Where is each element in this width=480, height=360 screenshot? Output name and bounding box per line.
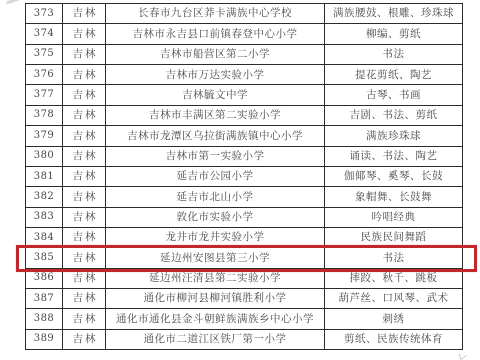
cell-no: 384 xyxy=(26,228,63,247)
cell-no: 378 xyxy=(26,106,63,125)
cell-province: 吉林 xyxy=(63,309,106,328)
cell-school: 吉林市永吉县口前镇春登中心小学 xyxy=(106,24,325,43)
cell-no: 374 xyxy=(26,24,63,43)
table-row: 384吉林龙井市龙井实验小学民族民间舞蹈 xyxy=(26,228,462,248)
cell-programs: 提花剪纸、陶艺 xyxy=(325,65,462,84)
cell-province: 吉林 xyxy=(63,24,106,43)
table-row: 381吉林延吉市公园小学伽倻琴、奚琴、长鼓 xyxy=(26,167,462,187)
cell-school: 吉林市丰满区第二实验小学 xyxy=(106,106,325,125)
cell-no: 386 xyxy=(26,269,63,288)
cell-province: 吉林 xyxy=(63,187,106,206)
cell-no: 389 xyxy=(26,330,63,349)
table-row: 388吉林通化市通化县金斗朝鲜族满族乡中心小学刺绣 xyxy=(26,309,462,329)
cell-no: 383 xyxy=(26,208,63,227)
cell-programs: 满族珍珠球 xyxy=(325,126,462,145)
cell-programs: 吟唱经典 xyxy=(325,208,462,227)
cell-school: 延边州安图县第三小学 xyxy=(106,248,325,267)
cell-no: 373 xyxy=(26,4,63,23)
cell-programs: 刺绣 xyxy=(325,309,462,328)
table-row: 375吉林吉林市船营区第二小学书法 xyxy=(26,45,462,65)
cell-no: 379 xyxy=(26,126,63,145)
cell-no: 385 xyxy=(26,248,63,267)
cell-programs: 柳编、剪纸 xyxy=(325,24,462,43)
cell-no: 388 xyxy=(26,309,63,328)
cell-programs: 摔跤、秋千、跳板 xyxy=(325,269,462,288)
school-program-table: 373吉林长春市九台区莽卡满族中心学校满族腰鼓、根雕、珍珠球374吉林吉林市永吉… xyxy=(25,3,463,350)
table-row: 379吉林吉林市龙潭区乌拉街满族镇中心小学满族珍珠球 xyxy=(26,126,462,146)
cell-school: 吉林毓文中学 xyxy=(106,85,325,104)
cell-province: 吉林 xyxy=(63,248,106,267)
cell-programs: 满族腰鼓、根雕、珍珠球 xyxy=(325,4,462,23)
cell-no: 377 xyxy=(26,85,63,104)
cell-school: 吉林市船营区第二小学 xyxy=(106,45,325,64)
cell-programs: 书法 xyxy=(325,248,462,267)
cell-province: 吉林 xyxy=(63,208,106,227)
table-row: 377吉林吉林毓文中学古琴、书画 xyxy=(26,85,462,105)
cell-programs: 伽倻琴、奚琴、长鼓 xyxy=(325,167,462,186)
cell-province: 吉林 xyxy=(63,228,106,247)
cell-province: 吉林 xyxy=(63,167,106,186)
document-page: 373吉林长春市九台区莽卡满族中心学校满族腰鼓、根雕、珍珠球374吉林吉林市永吉… xyxy=(0,0,480,360)
table-row: 387吉林通化市柳河县柳河镇胜利小学葫芦丝、口风琴、武术 xyxy=(26,289,462,309)
cell-no: 375 xyxy=(26,45,63,64)
cell-programs: 剪纸、民族传统体育 xyxy=(325,330,462,349)
table-row: 386吉林延边州汪清县第二实验小学摔跤、秋千、跳板 xyxy=(26,269,462,289)
cell-school: 吉林市龙潭区乌拉街满族镇中心小学 xyxy=(106,126,325,145)
cell-school: 延吉市公园小学 xyxy=(106,167,325,186)
table-row: 378吉林吉林市丰满区第二实验小学吉剧、书法、剪纸 xyxy=(26,106,462,126)
cell-school: 通化市通化县金斗朝鲜族满族乡中心小学 xyxy=(106,309,325,328)
cell-school: 通化市柳河县柳河镇胜利小学 xyxy=(106,289,325,308)
cell-programs: 书法 xyxy=(325,45,462,64)
cell-programs: 诵读、书法、陶艺 xyxy=(325,147,462,166)
cell-school: 龙井市龙井实验小学 xyxy=(106,228,325,247)
cell-province: 吉林 xyxy=(63,4,106,23)
table-row: 389吉林通化市二道江区铁厂第一小学剪纸、民族传统体育 xyxy=(26,330,462,349)
cell-programs: 象帽舞、长鼓舞 xyxy=(325,187,462,206)
cell-no: 380 xyxy=(26,147,63,166)
table-row: 385吉林延边州安图县第三小学书法 xyxy=(26,248,462,268)
cell-province: 吉林 xyxy=(63,85,106,104)
table-row: 376吉林吉林市万达实验小学提花剪纸、陶艺 xyxy=(26,65,462,85)
cell-no: 382 xyxy=(26,187,63,206)
cell-province: 吉林 xyxy=(63,289,106,308)
scan-artifact-bottom-right xyxy=(459,350,467,360)
table-row: 382吉林延吉市北山小学象帽舞、长鼓舞 xyxy=(26,187,462,207)
table-row: 374吉林吉林市永吉县口前镇春登中心小学柳编、剪纸 xyxy=(26,24,462,44)
cell-school: 延边州汪清县第二实验小学 xyxy=(106,269,325,288)
cell-no: 381 xyxy=(26,167,63,186)
cell-school: 吉林市万达实验小学 xyxy=(106,65,325,84)
cell-programs: 民族民间舞蹈 xyxy=(325,228,462,247)
cell-province: 吉林 xyxy=(63,65,106,84)
cell-province: 吉林 xyxy=(63,126,106,145)
cell-programs: 古琴、书画 xyxy=(325,85,462,104)
table-row: 380吉林吉林市第一实验小学诵读、书法、陶艺 xyxy=(26,147,462,167)
cell-no: 387 xyxy=(26,289,63,308)
table-row: 383吉林敦化市实验小学吟唱经典 xyxy=(26,208,462,228)
cell-province: 吉林 xyxy=(63,269,106,288)
cell-province: 吉林 xyxy=(63,106,106,125)
cell-no: 376 xyxy=(26,65,63,84)
cell-province: 吉林 xyxy=(63,147,106,166)
cell-province: 吉林 xyxy=(63,45,106,64)
cell-school: 吉林市第一实验小学 xyxy=(106,147,325,166)
cell-school: 敦化市实验小学 xyxy=(106,208,325,227)
cell-province: 吉林 xyxy=(63,330,106,349)
cell-school: 长春市九台区莽卡满族中心学校 xyxy=(106,4,325,23)
cell-school: 延吉市北山小学 xyxy=(106,187,325,206)
cell-programs: 吉剧、书法、剪纸 xyxy=(325,106,462,125)
table-row: 373吉林长春市九台区莽卡满族中心学校满族腰鼓、根雕、珍珠球 xyxy=(26,4,462,24)
cell-school: 通化市二道江区铁厂第一小学 xyxy=(106,330,325,349)
cell-programs: 葫芦丝、口风琴、武术 xyxy=(325,289,462,308)
